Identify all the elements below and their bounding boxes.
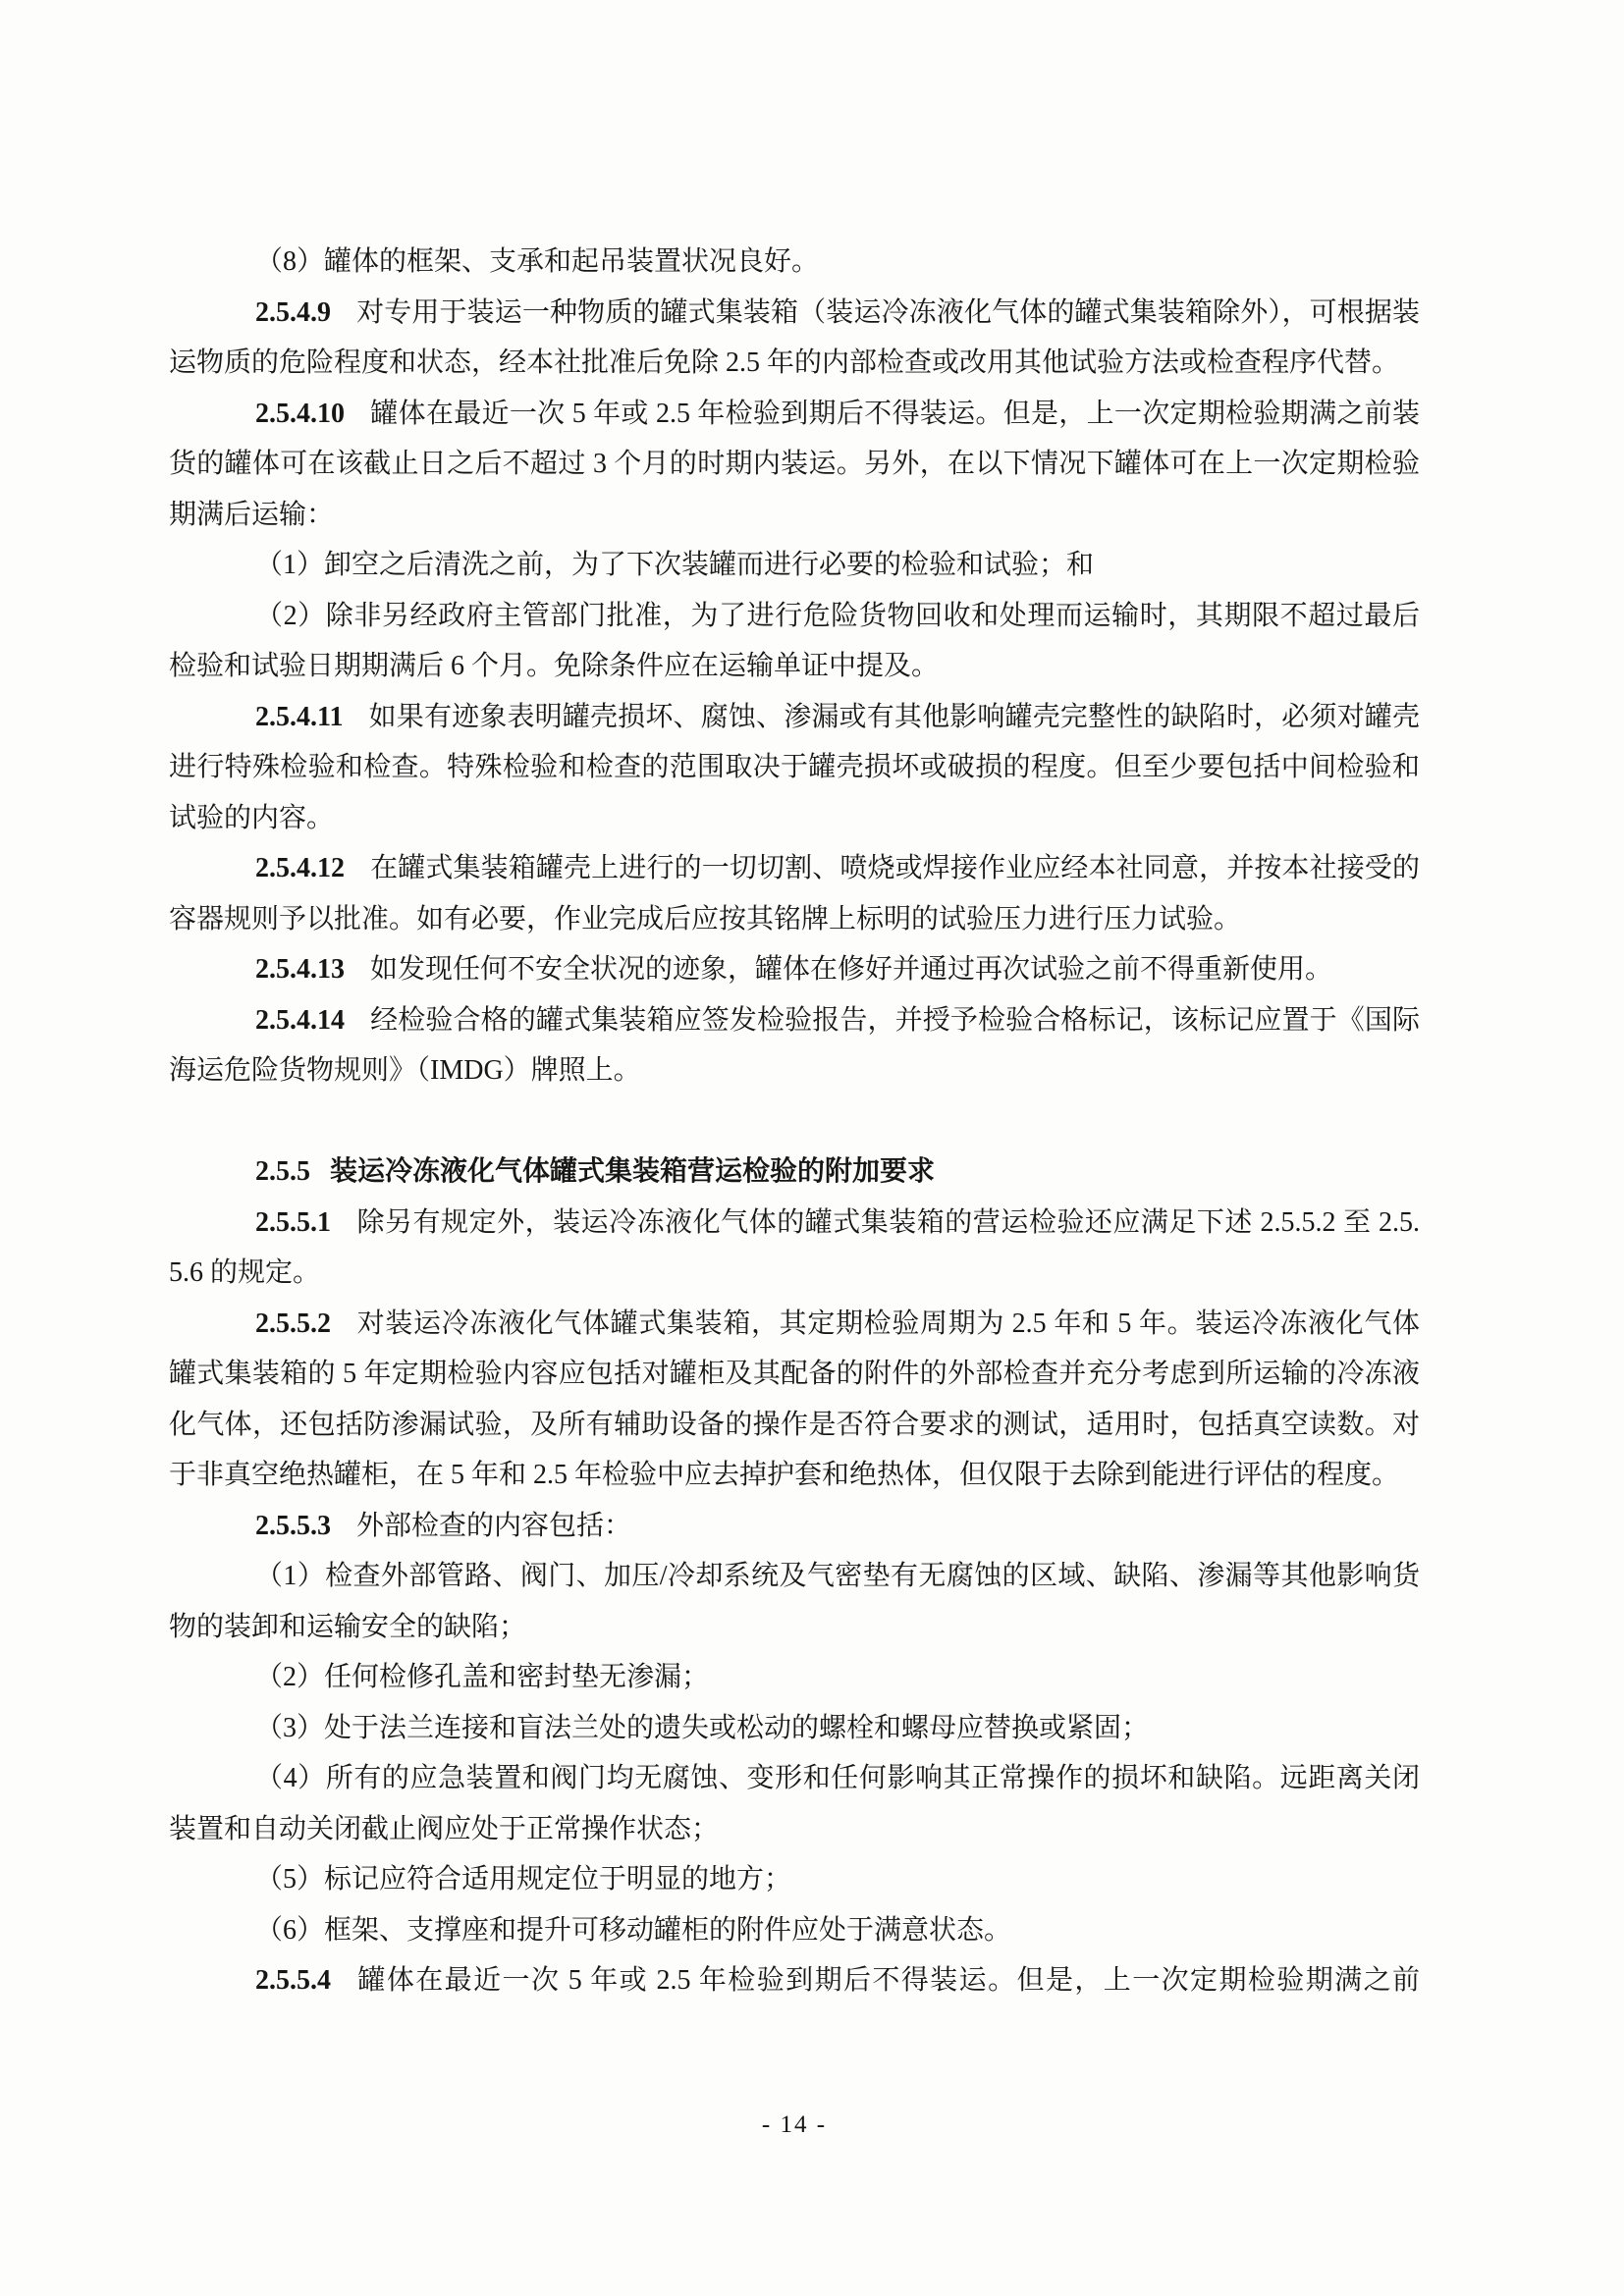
paragraph: （2）任何检修孔盖和密封垫无渗漏； xyxy=(169,1652,1420,1703)
clause-text: 在罐式集装箱罐壳上进行的一切切割、喷烧或焊接作业应经本社同意，并按本社接受的容器… xyxy=(169,853,1420,934)
clause-number: 2.5.4.10 xyxy=(255,399,345,429)
clause-number: 2.5.4.12 xyxy=(255,853,345,883)
paragraph: （1）卸空之后清洗之前，为了下次装罐而进行必要的检验和试验；和 xyxy=(169,540,1420,591)
clause-text: 如果有迹象表明罐壳损坏、腐蚀、渗漏或有其他影响罐壳完整性的缺陷时，必须对罐壳进行… xyxy=(169,702,1420,833)
clause-number: 2.5.5.3 xyxy=(255,1511,331,1541)
clause-number: 2.5.5 xyxy=(255,1156,310,1187)
document-page: （8）罐体的框架、支承和起吊装置状况良好。2.5.4.9对专用于装运一种物质的罐… xyxy=(0,0,1624,2296)
clause-text: （2）除非另经政府主管部门批准，为了进行危险货物回收和处理而运输时，其期限不超过… xyxy=(169,601,1420,682)
clause-text: 对装运冷冻液化气体罐式集装箱，其定期检验周期为 2.5 年和 5 年。装运冷冻液… xyxy=(169,1308,1420,1491)
paragraph: 2.5.5.3外部检查的内容包括： xyxy=(169,1501,1420,1552)
clause-text: 对专用于装运一种物质的罐式集装箱（装运冷冻液化气体的罐式集装箱除外），可根据装运… xyxy=(169,297,1420,379)
clause-text: 罐体在最近一次 5 年或 2.5 年检验到期后不得装运。但是，上一次定期检验期满… xyxy=(169,399,1420,530)
clause-text: （3）处于法兰连接和盲法兰处的遗失或松动的螺栓和螺母应替换或紧固； xyxy=(255,1713,1149,1743)
paragraph: （5）标记应符合适用规定位于明显的地方； xyxy=(169,1854,1420,1905)
clause-text: （1）卸空之后清洗之前，为了下次装罐而进行必要的检验和试验；和 xyxy=(255,550,1094,580)
clause-number: 2.5.4.11 xyxy=(255,702,343,732)
paragraph: 2.5.4.14经检验合格的罐式集装箱应签发检验报告，并授予检验合格标记，该标记… xyxy=(169,995,1420,1096)
paragraph: （8）罐体的框架、支承和起吊装置状况良好。 xyxy=(169,237,1420,288)
clause-number: 2.5.5.1 xyxy=(255,1207,331,1238)
paragraph: 2.5.4.11如果有迹象表明罐壳损坏、腐蚀、渗漏或有其他影响罐壳完整性的缺陷时… xyxy=(169,692,1420,844)
paragraph: 2.5.5.1除另有规定外，装运冷冻液化气体的罐式集装箱的营运检验还应满足下述 … xyxy=(169,1198,1420,1299)
paragraph: （1）检查外部管路、阀门、加压/冷却系统及气密垫有无腐蚀的区域、缺陷、渗漏等其他… xyxy=(169,1551,1420,1652)
clause-text: 如发现任何不安全状况的迹象，罐体在修好并通过再次试验之前不得重新使用。 xyxy=(370,954,1332,985)
clause-number: 2.5.5.2 xyxy=(255,1308,331,1339)
paragraph: 2.5.5.2对装运冷冻液化气体罐式集装箱，其定期检验周期为 2.5 年和 5 … xyxy=(169,1299,1420,1501)
paragraph: 2.5.4.10罐体在最近一次 5 年或 2.5 年检验到期后不得装运。但是，上… xyxy=(169,389,1420,541)
page-number: - 14 - xyxy=(169,2110,1420,2140)
clause-text: 经检验合格的罐式集装箱应签发检验报告，并授予检验合格标记，该标记应置于《国际海运… xyxy=(169,1005,1420,1087)
section-heading: 2.5.5装运冷冻液化气体罐式集装箱营运检验的附加要求 xyxy=(169,1147,1420,1198)
clause-text: （1）检查外部管路、阀门、加压/冷却系统及气密垫有无腐蚀的区域、缺陷、渗漏等其他… xyxy=(169,1561,1420,1642)
clause-number: 2.5.4.13 xyxy=(255,954,345,985)
paragraph: （3）处于法兰连接和盲法兰处的遗失或松动的螺栓和螺母应替换或紧固； xyxy=(169,1703,1420,1754)
paragraph: （4）所有的应急装置和阀门均无腐蚀、变形和任何影响其正常操作的损坏和缺陷。远距离… xyxy=(169,1753,1420,1854)
paragraph: （6）框架、支撑座和提升可移动罐柜的附件应处于满意状态。 xyxy=(169,1905,1420,1956)
paragraph: 2.5.5.4罐体在最近一次 5 年或 2.5 年检验到期后不得装运。但是，上一… xyxy=(169,1955,1420,2006)
paragraph: （2）除非另经政府主管部门批准，为了进行危险货物回收和处理而运输时，其期限不超过… xyxy=(169,591,1420,692)
clause-text: （5）标记应符合适用规定位于明显的地方； xyxy=(255,1864,791,1895)
clause-number: 2.5.4.14 xyxy=(255,1005,345,1036)
paragraph: 2.5.4.13如发现任何不安全状况的迹象，罐体在修好并通过再次试验之前不得重新… xyxy=(169,944,1420,995)
clause-text: （4）所有的应急装置和阀门均无腐蚀、变形和任何影响其正常操作的损坏和缺陷。远距离… xyxy=(169,1763,1420,1844)
clause-text: 外部检查的内容包括： xyxy=(356,1511,631,1541)
clause-text: （8）罐体的框架、支承和起吊装置状况良好。 xyxy=(255,246,819,277)
document-body: （8）罐体的框架、支承和起吊装置状况良好。2.5.4.9对专用于装运一种物质的罐… xyxy=(169,237,1420,2006)
clause-number: 2.5.4.9 xyxy=(255,297,331,328)
clause-text: 除另有规定外，装运冷冻液化气体的罐式集装箱的营运检验还应满足下述 2.5.5.2… xyxy=(169,1207,1420,1289)
paragraph: 2.5.4.12在罐式集装箱罐壳上进行的一切切割、喷烧或焊接作业应经本社同意，并… xyxy=(169,843,1420,944)
clause-text: 装运冷冻液化气体罐式集装箱营运检验的附加要求 xyxy=(330,1156,935,1187)
paragraph: 2.5.4.9对专用于装运一种物质的罐式集装箱（装运冷冻液化气体的罐式集装箱除外… xyxy=(169,288,1420,389)
clause-number: 2.5.5.4 xyxy=(255,1965,331,1996)
clause-text: （6）框架、支撑座和提升可移动罐柜的附件应处于满意状态。 xyxy=(255,1915,1011,1946)
blank-line xyxy=(169,1096,1420,1148)
clause-text: （2）任何检修孔盖和密封垫无渗漏； xyxy=(255,1662,709,1692)
clause-text: 罐体在最近一次 5 年或 2.5 年检验到期后不得装运。但是，上一次定期检验期满… xyxy=(356,1965,1420,1996)
